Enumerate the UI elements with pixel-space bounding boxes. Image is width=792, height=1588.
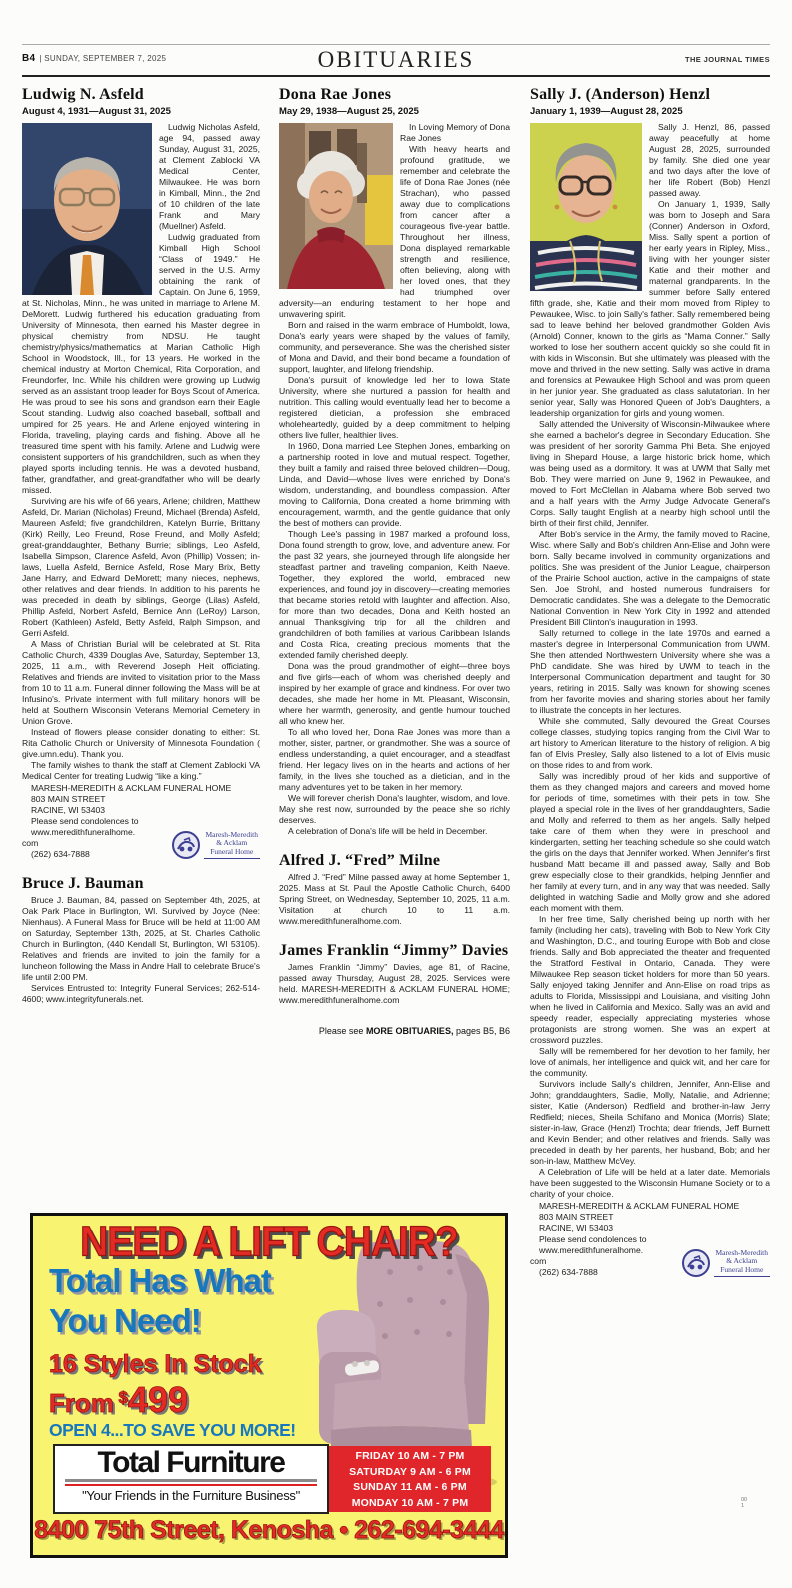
- obit-paragraph: Surviving are his wife of 66 years, Arle…: [22, 496, 260, 639]
- obit-paragraph: We will forever cherish Dona's laughter,…: [279, 793, 510, 826]
- obit-paragraph: While she commuted, Sally devoured the G…: [530, 716, 770, 771]
- column-1: Ludwig N. Asfeld August 4, 1931—August 3…: [22, 86, 260, 1206]
- store-logo-box: Total Furniture "Your Friends in the Fur…: [53, 1444, 329, 1514]
- obituary-bauman: Bruce J. Bauman Bruce J. Bauman, 84, pas…: [22, 875, 260, 1005]
- store-address-line: 8400 75th Street, Kenosha • 262-694-3444: [33, 1516, 505, 1545]
- obit-paragraph: Instead of flowers please consider donat…: [22, 727, 260, 760]
- section-title: OBITUARIES: [22, 47, 770, 73]
- obit-paragraph: A Mass of Christian Burial will be celeb…: [22, 639, 260, 727]
- funeral-contact-block: MARESH-MEREDITH & ACKLAM FUNERAL HOME 80…: [22, 783, 260, 860]
- contact-line: RACINE, WI 53403: [530, 1223, 770, 1234]
- column-3: Sally J. (Anderson) Henzl January 1, 193…: [530, 86, 770, 1554]
- ad-from-word: From: [49, 1388, 114, 1418]
- obit-paragraph: Sally will be remembered for her devotio…: [530, 1046, 770, 1079]
- obit-dates-henzl: January 1, 1939—August 28, 2025: [530, 106, 770, 117]
- obit-paragraph: Services Entrusted to: Integrity Funeral…: [22, 983, 260, 1005]
- obit-paragraph: To all who loved her, Dona Rae Jones was…: [279, 727, 510, 793]
- contact-line: 803 MAIN STREET: [22, 794, 260, 805]
- obit-paragraph: James Franklin “Jimmy” Davies, age 81, o…: [279, 962, 510, 1006]
- more-obituaries-note: Please see MORE OBITUARIES, pages B5, B6: [279, 1026, 510, 1036]
- ad-subheadline-1: Total Has What: [49, 1262, 271, 1300]
- obit-paragraph: A celebration of Dona's life will be hel…: [279, 826, 510, 837]
- ad-open-line: OPEN 4...TO SAVE YOU MORE!: [49, 1420, 296, 1441]
- henzl-portrait-photo: [530, 123, 642, 291]
- masthead: B4| SUNDAY, SEPTEMBER 7, 2025 OBITUARIES…: [22, 44, 770, 77]
- obit-paragraph: Alfred J. “Fred” Milne passed away at ho…: [279, 872, 510, 927]
- jones-portrait-photo: [279, 123, 393, 289]
- obit-paragraph: Though Lee's passing in 1987 marked a pr…: [279, 529, 510, 661]
- store-hours-box: FRIDAY 10 AM - 7 PM SATURDAY 9 AM - 6 PM…: [329, 1446, 491, 1512]
- obit-dates-jones: May 29, 1938—August 25, 2025: [279, 106, 510, 117]
- contact-line: RACINE, WI 53403: [22, 805, 260, 816]
- obit-name-henzl: Sally J. (Anderson) Henzl: [530, 86, 770, 104]
- obit-name-jones: Dona Rae Jones: [279, 86, 510, 104]
- obit-dates-asfeld: August 4, 1931—August 31, 2025: [22, 106, 260, 117]
- obituary-milne: Alfred J. “Fred” Milne Alfred J. “Fred” …: [279, 852, 510, 927]
- newspaper-page: B4| SUNDAY, SEPTEMBER 7, 2025 OBITUARIES…: [0, 0, 792, 1588]
- obituary-davies: James Franklin “Jimmy” Davies James Fran…: [279, 942, 510, 1006]
- column-2: Dona Rae Jones May 29, 1938—August 25, 2…: [279, 86, 510, 1182]
- hours-line: FRIDAY 10 AM - 7 PM: [329, 1449, 491, 1465]
- obit-paragraph: Sally returned to college in the late 19…: [530, 628, 770, 716]
- obit-name-bauman: Bruce J. Bauman: [22, 875, 260, 893]
- obit-paragraph: Bruce J. Bauman, 84, passed on September…: [22, 895, 260, 983]
- obit-paragraph: The family wishes to thank the staff at …: [22, 760, 260, 782]
- funeral-home-emblem-icon: [171, 830, 201, 860]
- obit-name-asfeld: Ludwig N. Asfeld: [22, 86, 260, 104]
- obituary-jones: Dona Rae Jones May 29, 1938—August 25, 2…: [279, 86, 510, 837]
- ad-price-line: From $499: [49, 1379, 188, 1421]
- maresh-meredith-logo: Maresh-Meredith & Acklam Funeral Home: [681, 1248, 770, 1278]
- contact-line: 803 MAIN STREET: [530, 1212, 770, 1223]
- store-tagline: "Your Friends in the Furniture Business": [55, 1488, 327, 1503]
- contact-line: Please send condolences to: [530, 1234, 770, 1245]
- contact-line: MARESH-MEREDITH & ACKLAM FUNERAL HOME: [22, 783, 260, 794]
- obit-paragraph: Sally attended the University of Wiscons…: [530, 419, 770, 529]
- obit-paragraph: In 1960, Dona married Lee Stephen Jones,…: [279, 441, 510, 529]
- obit-paragraph: Dona was the proud grandmother of eight—…: [279, 661, 510, 727]
- asfeld-portrait-photo: [22, 123, 152, 295]
- press-edge-code: 00 1: [741, 1497, 747, 1509]
- hours-line: SATURDAY 9 AM - 6 PM: [329, 1465, 491, 1481]
- contact-line: MARESH-MEREDITH & ACKLAM FUNERAL HOME: [530, 1201, 770, 1212]
- ad-subheadline-2: You Need!: [49, 1302, 201, 1340]
- maresh-meredith-logo: Maresh-Meredith & Acklam Funeral Home: [171, 830, 260, 860]
- obit-paragraph: In her free time, Sally cherished being …: [530, 914, 770, 1046]
- ad-price-value: 499: [128, 1379, 188, 1420]
- ad-styles-line: 16 Styles In Stock: [49, 1350, 262, 1379]
- obit-name-davies: James Franklin “Jimmy” Davies: [279, 942, 510, 960]
- funeral-home-logo-text: Maresh-Meredith & Acklam Funeral Home: [714, 1249, 770, 1278]
- paper-name: THE JOURNAL TIMES: [685, 55, 770, 64]
- obit-paragraph: Born and raised in the warm embrace of H…: [279, 320, 510, 375]
- hours-line: SUNDAY 11 AM - 6 PM: [329, 1480, 491, 1496]
- funeral-home-logo-text: Maresh-Meredith & Acklam Funeral Home: [204, 831, 260, 860]
- hours-line: MONDAY 10 AM - 7 PM: [329, 1496, 491, 1512]
- obit-paragraph: Survivors include Sally's children, Jenn…: [530, 1079, 770, 1167]
- store-name: Total Furniture: [55, 1447, 327, 1479]
- ad-headline: NEED A LIFT CHAIR?: [33, 1219, 505, 1267]
- obit-paragraph: After Bob's service in the Army, the fam…: [530, 529, 770, 628]
- contact-line: Please send condolences to: [22, 816, 260, 827]
- obit-paragraph: A Celebration of Life will be held at a …: [530, 1167, 770, 1200]
- ad-currency: $: [118, 1388, 127, 1407]
- obituary-asfeld: Ludwig N. Asfeld August 4, 1931—August 3…: [22, 86, 260, 860]
- obit-name-milne: Alfred J. “Fred” Milne: [279, 852, 510, 870]
- obituary-henzl: Sally J. (Anderson) Henzl January 1, 193…: [530, 86, 770, 1278]
- lift-chair-advertisement: NEED A LIFT CHAIR? Total Has What You Ne…: [30, 1213, 508, 1558]
- funeral-contact-block: MARESH-MEREDITH & ACKLAM FUNERAL HOME 80…: [530, 1201, 770, 1278]
- funeral-home-emblem-icon: [681, 1248, 711, 1278]
- obit-paragraph: Sally was incredibly proud of her kids a…: [530, 771, 770, 914]
- obit-paragraph: Dona's pursuit of knowledge led her to I…: [279, 375, 510, 441]
- store-logo-rule: [65, 1479, 317, 1486]
